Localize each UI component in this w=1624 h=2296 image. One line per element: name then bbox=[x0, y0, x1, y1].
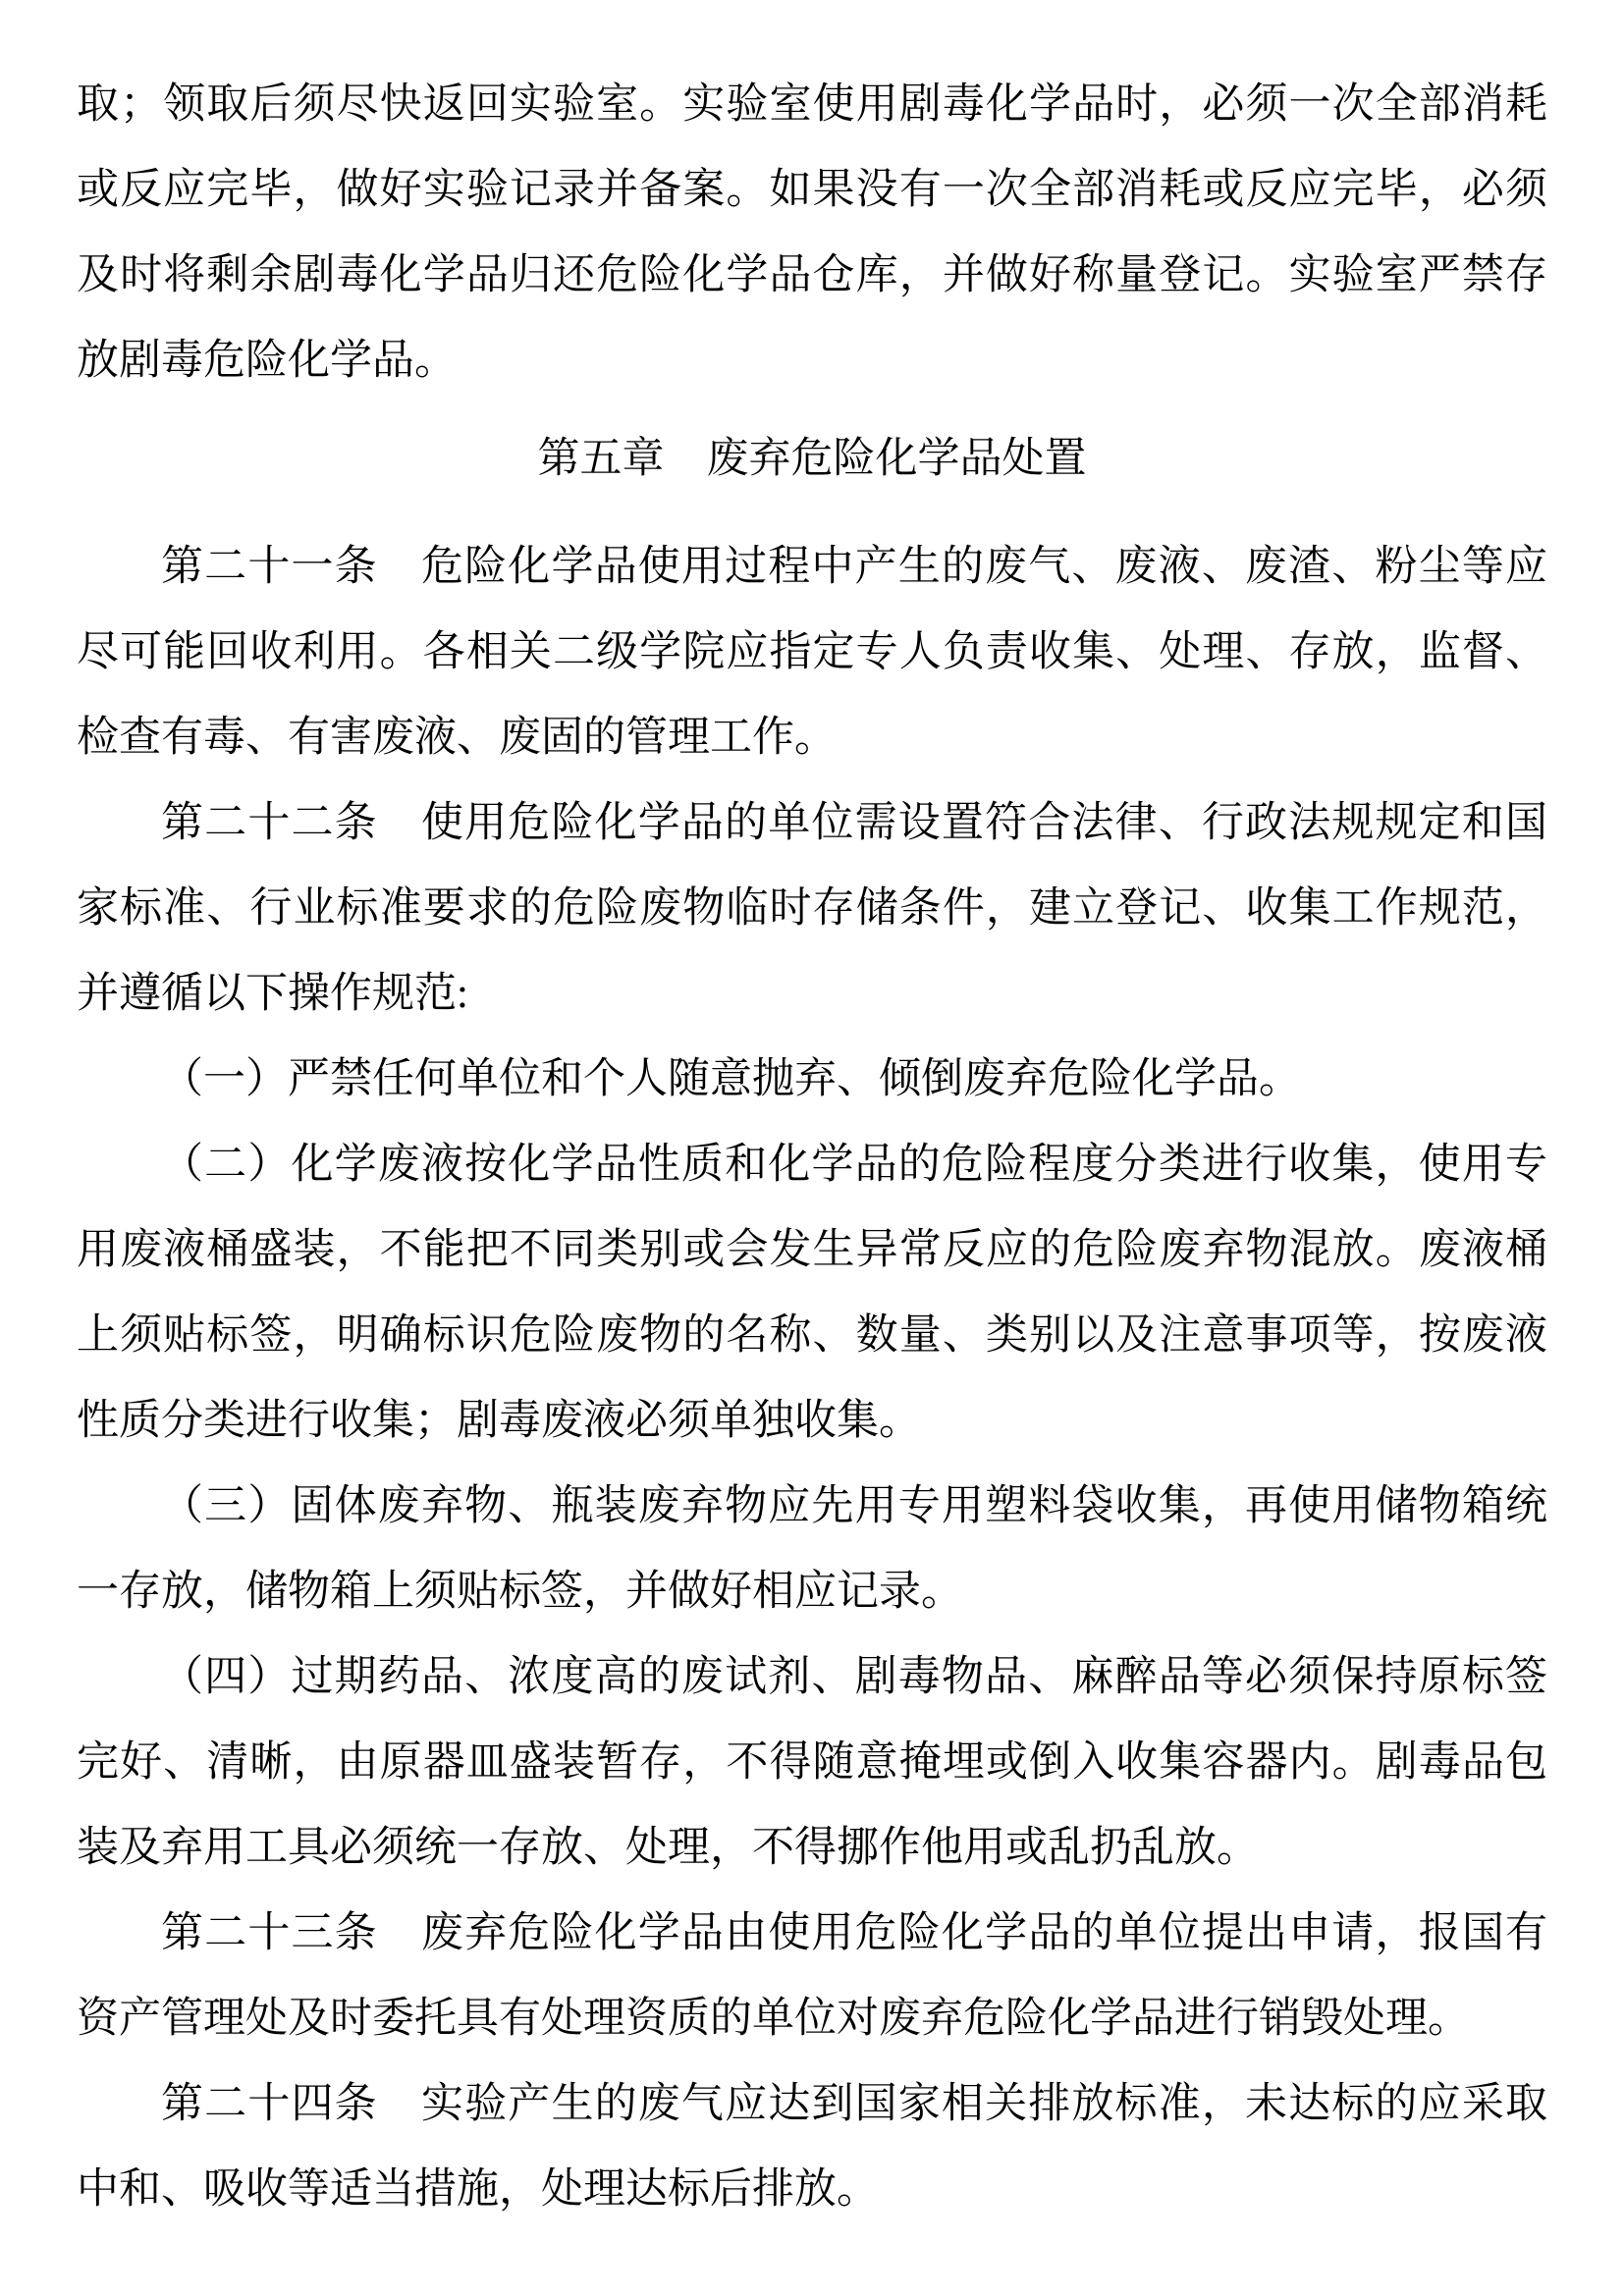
paragraph-article-21: 第二十一条 危险化学品使用过程中产生的废气、废液、废渣、粉尘等应尽可能回收利用。… bbox=[77, 524, 1547, 780]
chapter-heading: 第五章 废弃危险化学品处置 bbox=[77, 416, 1547, 502]
paragraph-article-23: 第二十三条 废弃危险化学品由使用危险化学品的单位提出申请，报国有资产管理处及时委… bbox=[77, 1891, 1547, 2061]
paragraph-item-3: （三）固体废弃物、瓶装废弃物应先用专用塑料袋收集，再使用储物箱统一存放，储物箱上… bbox=[77, 1464, 1547, 1634]
paragraph-article-22: 第二十二条 使用危险化学品的单位需设置符合法律、行政法规规定和国家标准、行业标准… bbox=[77, 780, 1547, 1037]
document-page: 取；领取后须尽快返回实验室。实验室使用剧毒化学品时，必须一次全部消耗或反应完毕，… bbox=[0, 0, 1624, 2296]
paragraph-continuation: 取；领取后须尽快返回实验室。实验室使用剧毒化学品时，必须一次全部消耗或反应完毕，… bbox=[77, 62, 1547, 403]
paragraph-article-24: 第二十四条 实验产生的废气应达到国家相关排放标准，未达标的应采取中和、吸收等适当… bbox=[77, 2061, 1547, 2232]
paragraph-item-2: （二）化学废液按化学品性质和化学品的危险程度分类进行收集，使用专用废液桶盛装，不… bbox=[77, 1122, 1547, 1464]
paragraph-item-1: （一）严禁任何单位和个人随意抛弃、倾倒废弃危险化学品。 bbox=[77, 1037, 1547, 1122]
paragraph-item-4: （四）过期药品、浓度高的废试剂、剧毒物品、麻醉品等必须保持原标签完好、清晰，由原… bbox=[77, 1634, 1547, 1891]
